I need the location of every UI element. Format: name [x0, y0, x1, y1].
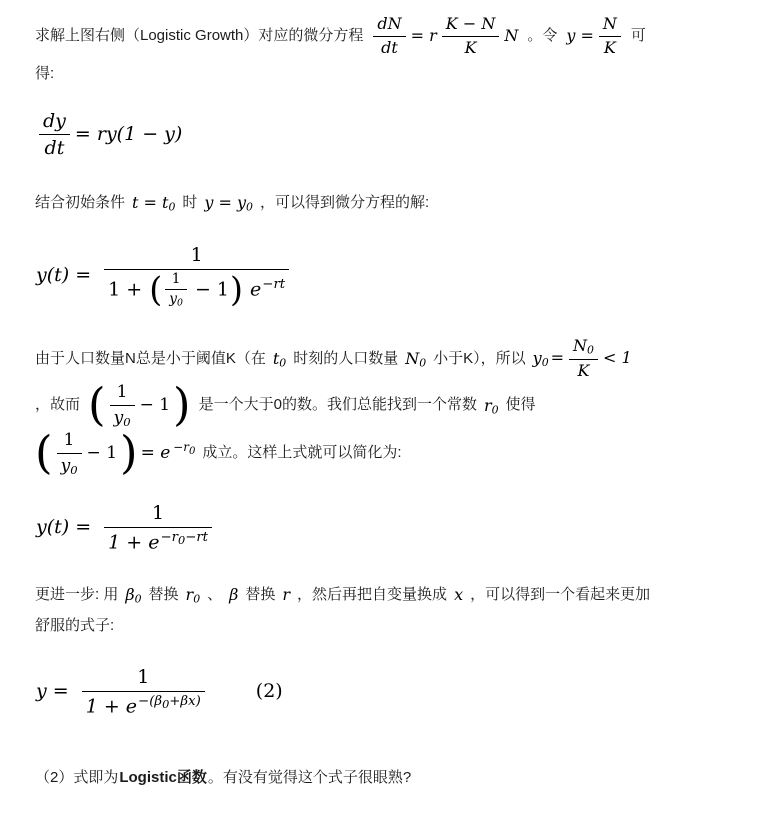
- subscript: 0: [168, 201, 175, 214]
- text-run: 、: [207, 586, 222, 603]
- text-run: 替换: [245, 586, 275, 603]
- math-token: +βx): [169, 694, 201, 709]
- text-run: ，可以得到一个看起来更加: [470, 586, 650, 603]
- text-run: 替换: [149, 586, 179, 603]
- subscript: 0: [193, 593, 200, 606]
- math-token: − 1: [140, 395, 170, 415]
- text-run: ，故而: [35, 396, 80, 413]
- frac-numerator: 1: [82, 665, 205, 692]
- frac-denominator: y0: [57, 454, 82, 478]
- math-inline-t0: t0: [273, 342, 286, 376]
- text-run: 更进一步: 用: [35, 586, 118, 603]
- math-token: y: [533, 348, 542, 367]
- math-inline-y0: y = y0: [204, 187, 253, 219]
- fraction: 11 + e−r0−rt: [104, 501, 212, 555]
- subscript: 0: [177, 298, 183, 309]
- frac-numerator: N: [599, 14, 621, 37]
- superscript: −(β0+βx): [138, 694, 201, 709]
- math-inline-paren-eq: (1y0− 1)= e−r0: [34, 429, 195, 477]
- text-run: 可: [631, 27, 646, 44]
- math-token: y =: [566, 26, 594, 45]
- fraction: 11 + (1y0 − 1) e−rt: [104, 243, 289, 310]
- math-inline-beta0: β0: [125, 579, 141, 611]
- math-token: 1 + e: [86, 695, 137, 717]
- math-token: β: [125, 585, 134, 604]
- text-run: （2）式即为: [35, 769, 118, 786]
- math-token: − 1: [195, 278, 229, 300]
- frac-numerator: dy: [39, 109, 70, 136]
- logistic-function-term: Logistic函数: [119, 769, 207, 786]
- subscript: 0: [419, 357, 426, 370]
- math-token: y: [114, 408, 124, 428]
- math-token: −(β: [138, 694, 162, 709]
- math-inline-y0-frac: y0=N0K< 1: [533, 336, 634, 382]
- superscript: −rt: [262, 277, 285, 292]
- math-inline-t0: t = t0: [132, 187, 175, 219]
- text-run: 。有没有觉得这个式子很眼熟?: [208, 769, 411, 786]
- frac-denominator: K: [442, 37, 500, 59]
- subscript: 0: [279, 357, 286, 370]
- math-token: =: [551, 348, 564, 367]
- fraction: 11 + e−(β0+βx): [82, 665, 205, 719]
- math-token: t = t: [132, 193, 168, 212]
- subscript: 0: [587, 344, 594, 357]
- subscript: 0: [135, 593, 142, 606]
- frac-numerator: dN: [373, 14, 405, 37]
- math-token: −r: [173, 440, 189, 454]
- math-token: = r: [411, 26, 437, 45]
- equation-dydt-display: dydt= ry(1 − y): [36, 109, 740, 161]
- frac-denominator: dt: [373, 37, 405, 59]
- math-inline-r0: r0: [484, 389, 499, 423]
- frac-numerator: 1: [104, 501, 212, 528]
- math-token: e: [250, 278, 261, 300]
- math-token: < 1: [603, 348, 632, 367]
- equation-solution-general: y(t) =11 + (1y0 − 1) e−rt: [36, 243, 740, 310]
- frac-denominator: y0: [165, 290, 187, 309]
- equation-ynk-inline: y =NK: [564, 14, 624, 59]
- right-paren: ): [172, 378, 192, 431]
- frac-denominator: 1 + e−(β0+βx): [82, 692, 205, 719]
- math-token: −rt: [185, 530, 208, 545]
- fraction: dydt: [39, 109, 70, 161]
- text-run: ，可以得到微分方程的解:: [260, 194, 429, 211]
- right-paren: ): [119, 426, 139, 479]
- subscript: 0: [246, 201, 253, 214]
- text-run: 。令: [527, 27, 557, 44]
- text-run: 求解上图右侧（Logistic Growth）对应的微分方程: [35, 27, 363, 44]
- math-token: 1 + e: [108, 531, 159, 553]
- subscript: 0: [492, 403, 499, 416]
- text-run: ，然后再把自变量换成: [297, 586, 447, 603]
- fraction: N0K: [569, 336, 598, 382]
- equation-number: (2): [256, 680, 283, 702]
- text-run: 结合初始条件: [35, 194, 125, 211]
- frac-numerator: 1: [110, 381, 135, 405]
- equation-logistic: y =11 + e−(β0+βx)(2): [36, 665, 740, 719]
- math-token: r: [484, 396, 492, 415]
- frac-numerator: 1: [57, 429, 82, 453]
- paragraph-reasoning: 由于人口数量N总是小于阈值K（在t0时刻的人口数量N0小于K），所以y0=N0K…: [34, 336, 740, 478]
- superscript: −r0: [173, 440, 195, 454]
- text-run: 小于K），所以: [433, 350, 526, 367]
- fraction: 1y0: [110, 381, 135, 429]
- math-inline-x: x: [454, 579, 463, 611]
- left-paren: (: [87, 378, 107, 431]
- paragraph-conclusion: （2）式即为Logistic函数。有没有觉得这个式子很眼熟?: [34, 763, 740, 793]
- subscript: 0: [542, 356, 549, 369]
- left-paren: (: [148, 270, 163, 309]
- math-token: y(t) =: [36, 516, 91, 538]
- math-token: − 1: [87, 443, 117, 463]
- equation-solution-simplified: y(t) =11 + e−r0−rt: [36, 501, 740, 555]
- text-run: 时: [182, 194, 197, 211]
- text-run: 舒服的式子:: [35, 617, 114, 634]
- superscript: −r0−rt: [161, 530, 209, 545]
- paragraph-intro: 求解上图右侧（Logistic Growth）对应的微分方程dNdt= rK −…: [34, 14, 740, 89]
- math-token: N: [405, 349, 419, 368]
- fraction: NK: [599, 14, 621, 59]
- frac-denominator: dt: [39, 135, 70, 161]
- frac-numerator: K − N: [442, 14, 500, 37]
- math-token: N: [504, 26, 518, 45]
- paragraph-substitution: 更进一步: 用β0替换r0、β替换r，然后再把自变量换成x，可以得到一个看起来更…: [34, 579, 740, 641]
- left-paren: (: [34, 426, 54, 479]
- subscript: 0: [189, 446, 195, 457]
- paragraph-initial-condition: 结合初始条件t = t0时y = y0，可以得到微分方程的解:: [34, 187, 740, 219]
- math-token: = e: [141, 443, 171, 463]
- fraction-small: 1y0: [165, 271, 187, 310]
- math-token: = ry(1 − y): [75, 123, 182, 145]
- frac-denominator: K: [599, 37, 621, 59]
- text-run: 由于人口数量N总是小于阈值K（在: [35, 350, 266, 367]
- math-token: −r: [161, 530, 179, 545]
- right-paren: ): [229, 270, 244, 309]
- math-inline-r0: r0: [186, 579, 201, 611]
- text-run: 得:: [35, 65, 54, 82]
- math-token: y: [61, 456, 71, 476]
- text-run: 是一个大于0的数。我们总能找到一个常数: [199, 396, 477, 413]
- frac-numerator: N0: [569, 336, 598, 360]
- text-run: 使得: [506, 396, 536, 413]
- frac-numerator: 1: [104, 243, 289, 270]
- text-run: 成立。这样上式就可以简化为:: [202, 444, 401, 461]
- math-token: y(t) =: [36, 264, 91, 286]
- article-content: 求解上图右侧（Logistic Growth）对应的微分方程dNdt= rK −…: [0, 0, 774, 817]
- text-run: 时刻的人口数量: [293, 350, 398, 367]
- fraction: K − NK: [442, 14, 500, 59]
- fraction: dNdt: [373, 14, 405, 59]
- math-token: y: [169, 291, 177, 307]
- equation-dndt-inline: dNdt= rK − NKN: [370, 14, 520, 59]
- math-inline-beta: β: [229, 579, 238, 611]
- frac-denominator: K: [569, 360, 598, 382]
- math-inline-r: r: [282, 579, 290, 611]
- frac-numerator: 1: [165, 271, 187, 291]
- math-token: y = y: [204, 193, 246, 212]
- math-inline-paren-expr: (1y0− 1): [87, 381, 192, 429]
- fraction: 1y0: [57, 429, 82, 477]
- math-token: 1 +: [108, 278, 142, 300]
- subscript: 0: [70, 462, 77, 476]
- math-inline-n0: N0: [405, 342, 426, 376]
- frac-denominator: 1 + (1y0 − 1) e−rt: [104, 270, 289, 310]
- math-token: N: [573, 336, 587, 355]
- frac-denominator: 1 + e−r0−rt: [104, 528, 212, 555]
- math-token: y =: [36, 680, 69, 702]
